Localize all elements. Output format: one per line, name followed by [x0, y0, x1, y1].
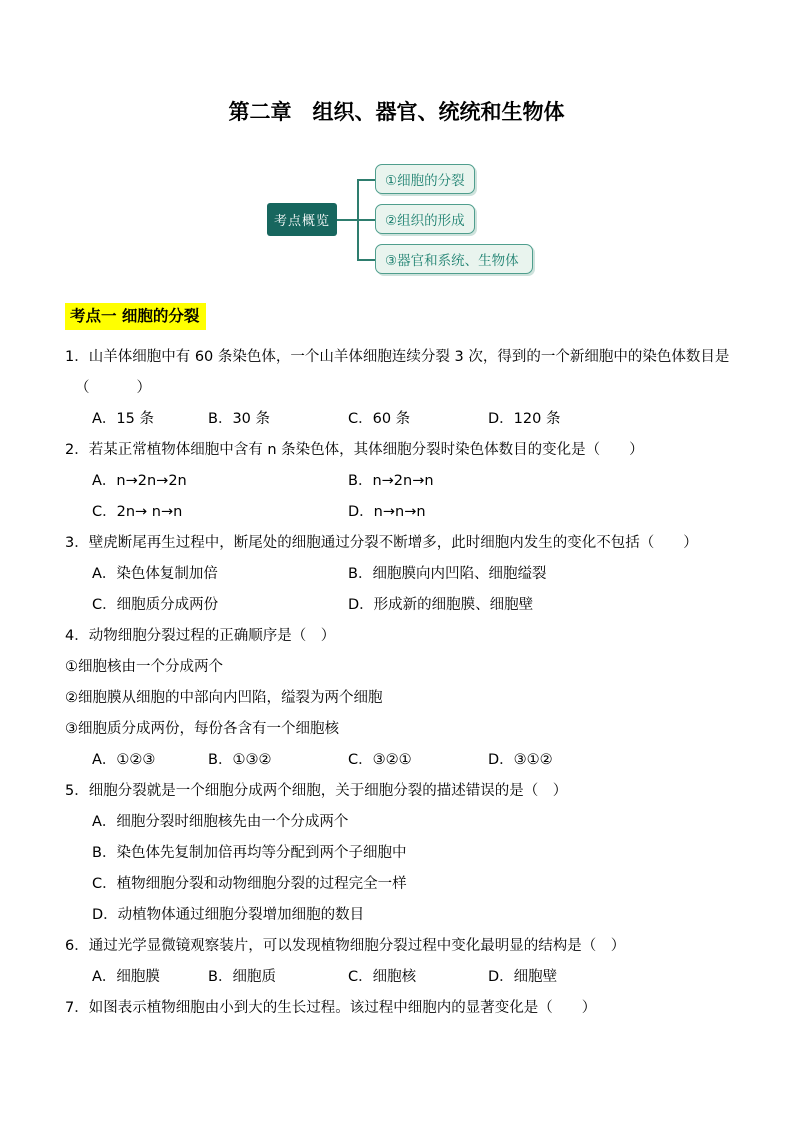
- question-1-stem: 1．山羊体细胞中有 60 条染色体，一个山羊体细胞连续分裂 3 次，得到的一个新…: [65, 342, 733, 373]
- option-a: A．染色体复制加倍: [92, 559, 348, 590]
- option-d: D．形成新的细胞膜、细胞壁: [348, 590, 733, 621]
- question-1: 1．山羊体细胞中有 60 条染色体，一个山羊体细胞连续分裂 3 次，得到的一个新…: [65, 342, 733, 435]
- option-c: C．细胞核: [348, 962, 488, 993]
- question-2-options-row1: A．n→2n→2n B．n→2n→n: [65, 466, 733, 497]
- question-list: 1．山羊体细胞中有 60 条染色体，一个山羊体细胞连续分裂 3 次，得到的一个新…: [65, 342, 733, 1024]
- option-d: D．120 条: [488, 404, 733, 435]
- connector-branch1-line: [357, 179, 375, 181]
- option-c: C．60 条: [348, 404, 488, 435]
- option-b: B．n→2n→n: [348, 466, 733, 497]
- option-d: D．细胞壁: [488, 962, 733, 993]
- concept-map-branch-organ-system: ③器官和系统、生物体: [375, 244, 533, 274]
- question-4-options: A．①②③ B．①③② C．③②① D．③①②: [65, 745, 733, 776]
- option-c: C．2n→ n→n: [92, 497, 348, 528]
- question-4-step-1: ①细胞核由一个分成两个: [65, 652, 733, 683]
- option-b: B．30 条: [208, 404, 348, 435]
- option-a: A．细胞膜: [92, 962, 208, 993]
- question-3-stem: 3．壁虎断尾再生过程中，断尾处的细胞通过分裂不断增多，此时细胞内发生的变化不包括…: [65, 528, 733, 559]
- concept-map-branch-cell-division: ①细胞的分裂: [375, 164, 475, 194]
- question-1-options: A．15 条 B．30 条 C．60 条 D．120 条: [65, 404, 733, 435]
- option-d: D．n→n→n: [348, 497, 733, 528]
- question-5: 5．细胞分裂就是一个细胞分成两个细胞，关于细胞分裂的描述错误的是（ ） A．细胞…: [65, 776, 733, 931]
- question-4-step-2: ②细胞膜从细胞的中部向内凹陷，缢裂为两个细胞: [65, 683, 733, 714]
- question-1-answer-blank: （ ）: [65, 373, 733, 404]
- section-heading: 考点一 细胞的分裂: [65, 303, 206, 330]
- concept-map-branch-tissue-formation: ②组织的形成: [375, 204, 475, 234]
- question-3: 3．壁虎断尾再生过程中，断尾处的细胞通过分裂不断增多，此时细胞内发生的变化不包括…: [65, 528, 733, 621]
- option-d: D．动植物体通过细胞分裂增加细胞的数目: [65, 900, 733, 931]
- question-2-stem: 2．若某正常植物体细胞中含有 n 条染色体，其体细胞分裂时染色体数目的变化是（ …: [65, 435, 733, 466]
- option-a: A．细胞分裂时细胞核先由一个分成两个: [65, 807, 733, 838]
- option-c: C．③②①: [348, 745, 488, 776]
- option-a: A．①②③: [92, 745, 208, 776]
- option-b: B．细胞膜向内凹陷、细胞缢裂: [348, 559, 733, 590]
- question-6-stem: 6．通过光学显微镜观察装片，可以发现植物细胞分裂过程中变化最明显的结构是（ ）: [65, 931, 733, 962]
- question-2-options-row2: C．2n→ n→n D．n→n→n: [65, 497, 733, 528]
- question-3-options-row1: A．染色体复制加倍 B．细胞膜向内凹陷、细胞缢裂: [65, 559, 733, 590]
- option-b: B．染色体先复制加倍再均等分配到两个子细胞中: [65, 838, 733, 869]
- concept-map-root: 考点概览: [267, 203, 337, 236]
- question-4-step-3: ③细胞质分成两份，每份各含有一个细胞核: [65, 714, 733, 745]
- section-heading-row: 考点一 细胞的分裂: [65, 303, 793, 330]
- worksheet-page: 第二章 组织、器官、统统和生物体 考点概览 ①细胞的分裂 ②组织的形成 ③器官和…: [0, 0, 793, 1122]
- question-3-options-row2: C．细胞质分成两份 D．形成新的细胞膜、细胞壁: [65, 590, 733, 621]
- question-4: 4．动物细胞分裂过程的正确顺序是（ ） ①细胞核由一个分成两个 ②细胞膜从细胞的…: [65, 621, 733, 776]
- connector-branch3-line: [357, 259, 375, 261]
- connector-branch2-line: [357, 219, 375, 221]
- option-c: C．植物细胞分裂和动物细胞分裂的过程完全一样: [65, 869, 733, 900]
- option-c: C．细胞质分成两份: [92, 590, 348, 621]
- question-7: 7．如图表示植物细胞由小到大的生长过程。该过程中细胞内的显著变化是（ ）: [65, 993, 733, 1024]
- option-b: B．①③②: [208, 745, 348, 776]
- chapter-title: 第二章 组织、器官、统统和生物体: [0, 0, 793, 127]
- option-d: D．③①②: [488, 745, 733, 776]
- question-4-stem: 4．动物细胞分裂过程的正确顺序是（ ）: [65, 621, 733, 652]
- question-6: 6．通过光学显微镜观察装片，可以发现植物细胞分裂过程中变化最明显的结构是（ ） …: [65, 931, 733, 993]
- option-a: A．15 条: [92, 404, 208, 435]
- question-7-stem: 7．如图表示植物细胞由小到大的生长过程。该过程中细胞内的显著变化是（ ）: [65, 993, 733, 1024]
- concept-map: 考点概览 ①细胞的分裂 ②组织的形成 ③器官和系统、生物体: [0, 160, 793, 280]
- question-2: 2．若某正常植物体细胞中含有 n 条染色体，其体细胞分裂时染色体数目的变化是（ …: [65, 435, 733, 528]
- option-a: A．n→2n→2n: [92, 466, 348, 497]
- option-b: B．细胞质: [208, 962, 348, 993]
- question-6-options: A．细胞膜 B．细胞质 C．细胞核 D．细胞壁: [65, 962, 733, 993]
- question-5-stem: 5．细胞分裂就是一个细胞分成两个细胞，关于细胞分裂的描述错误的是（ ）: [65, 776, 733, 807]
- connector-root-line: [337, 219, 358, 221]
